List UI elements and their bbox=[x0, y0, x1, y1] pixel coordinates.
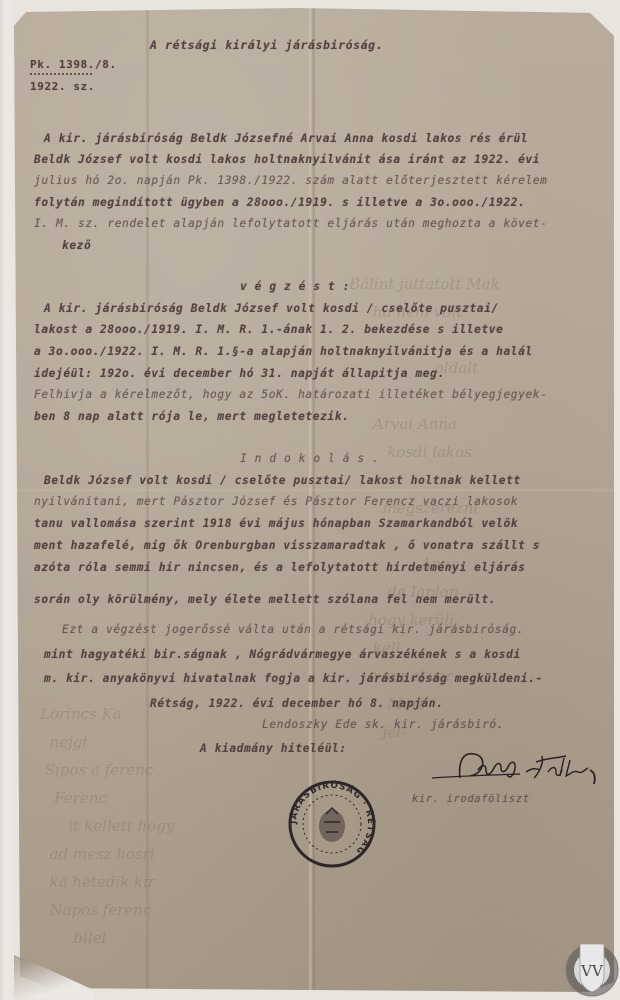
decision-line: lakost a 28ooo./1919. I. M. R. 1.-ának 1… bbox=[34, 323, 503, 336]
reasoning-line: során oly körülmény, mely élete mellett … bbox=[34, 593, 496, 606]
intro-line: folytán megindított ügyben a 28ooo./1919… bbox=[34, 196, 525, 209]
document-page: A rétsági királyi járásbiróság. Pk. 1398… bbox=[0, 0, 620, 1000]
folded-corner bbox=[14, 955, 94, 999]
decision-line: A kir. járásbiróság Beldk József volt ko… bbox=[44, 302, 499, 315]
decision-line: Felhivja a kérelmezőt, hogy az 5oK. hatá… bbox=[34, 388, 547, 401]
intro-line: kező bbox=[62, 239, 91, 252]
signatory-title: kir. irodaföliszt bbox=[412, 793, 530, 805]
certification-label: A kiadmány hiteléül: bbox=[200, 742, 347, 755]
archive-logo-initials: VV bbox=[580, 962, 604, 980]
place-and-date: Rétság, 1922. évi december hó 8. napján. bbox=[150, 697, 443, 710]
closing-line: Ezt a végzést jogerőssé válta után a rét… bbox=[62, 623, 524, 636]
closing-line: m. kir. anyakönyvi hivatalnak fogja a ki… bbox=[44, 672, 543, 685]
judge-signature-line: Lendoszky Ede sk. kir. járásbiró. bbox=[262, 718, 504, 731]
intro-line: Beldk József volt kosdi lakos holtnaknyi… bbox=[34, 153, 540, 166]
archive-logo-icon: VV bbox=[564, 940, 620, 998]
reasoning-line: azóta róla semmi hir nincsen, és a lefol… bbox=[34, 561, 525, 574]
court-header: A rétsági királyi járásbiróság. bbox=[150, 38, 383, 52]
reasoning-line: Beldk József volt kosdi / cselőte puszta… bbox=[44, 474, 521, 487]
decision-line: a 3o.ooo./1922. I. M. R. 1.§-a alapján h… bbox=[34, 345, 533, 358]
decision-line: ben 8 nap alatt rója le, mert megletetez… bbox=[34, 410, 349, 423]
closing-line: mint hagyatéki bir.ságnak , Nógrádvármeg… bbox=[44, 648, 521, 661]
case-year: 1922. sz. bbox=[30, 80, 95, 93]
intro-line: I. M. sz. rendelet alapján lefolytatott … bbox=[34, 217, 547, 230]
case-number-underline bbox=[30, 73, 92, 75]
reasoning-line: ment hazafelé, mig ők Orenburgban vissza… bbox=[34, 539, 540, 552]
court-stamp-icon: JÁRÁSBIRÓSÁG · RÉTSÁG bbox=[286, 778, 378, 870]
case-number: Pk. 1398./8. bbox=[30, 58, 117, 71]
reasoning-line: tanu vallomása szerint 1918 évi május hó… bbox=[34, 517, 518, 530]
handwritten-signature-icon bbox=[430, 748, 606, 792]
reasoning-heading: I n d o k o l á s . bbox=[240, 452, 379, 465]
decision-heading: v é g z é s t : bbox=[240, 280, 350, 293]
reasoning-line: nyilvánitani, mert Pásztor József és Pás… bbox=[34, 495, 518, 508]
intro-line: julius hó 2o. napján Pk. 1398./1922. szá… bbox=[34, 174, 547, 187]
intro-line: A kir. járásbiróság Beldk Józsefné Arvai… bbox=[44, 132, 528, 145]
decision-line: idejéül: 192o. évi december hó 31. napjá… bbox=[34, 367, 445, 380]
